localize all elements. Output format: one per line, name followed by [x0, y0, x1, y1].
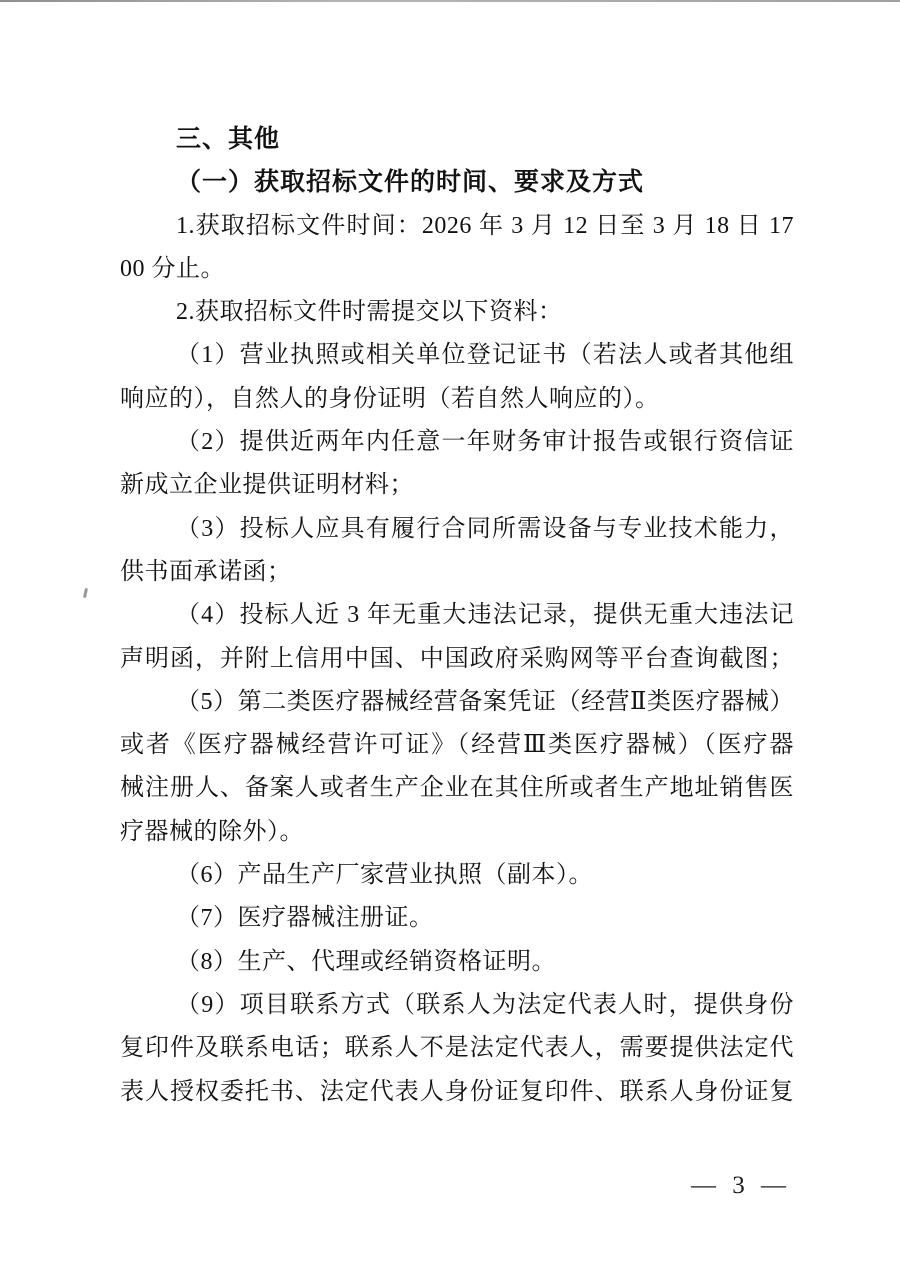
paragraph-line: 00 分止。 [120, 248, 794, 291]
paragraph-line: （4）投标人近 3 年无重大违法记录，提供无重大违法记录 [120, 594, 794, 637]
scan-speck-artifact [83, 588, 88, 598]
paragraph-line: 疗器械的除外）。 [120, 811, 794, 854]
paragraph-line: 响应的），自然人的身份证明（若自然人响应的）。 [120, 378, 794, 421]
paragraph-line: （6）产品生产厂家营业执照（副本）。 [120, 854, 794, 897]
document-body: 三、其他 （一）获取招标文件的时间、要求及方式 1.获取招标文件时间：2026 … [120, 118, 794, 1114]
scan-edge-artifact [0, 0, 900, 2]
paragraph-line: （8）生产、代理或经销资格证明。 [120, 941, 794, 984]
paragraph-line: 供书面承诺函； [120, 551, 794, 594]
paragraph-line: 或者《医疗器械经营许可证》（经营Ⅲ类医疗器械）（医疗器 [120, 724, 794, 767]
paragraph-line: 声明函，并附上信用中国、中国政府采购网等平台查询截图； [120, 638, 794, 681]
scanned-document-page: { "content": { "heading": "三、其他", "subhe… [0, 0, 900, 1266]
paragraph-line: （1）营业执照或相关单位登记证书（若法人或者其他组织 [120, 334, 794, 377]
paragraph-line: （7）医疗器械注册证。 [120, 897, 794, 940]
paragraph-line: 1.获取招标文件时间：2026 年 3 月 12 日至 3 月 18 日 17 … [120, 205, 794, 248]
paragraph-line: （2）提供近两年内任意一年财务审计报告或银行资信证明； [120, 421, 794, 464]
paragraph-line: 械注册人、备案人或者生产企业在其住所或者生产地址销售医 [120, 767, 794, 810]
section-heading: 三、其他 [120, 118, 794, 161]
paragraph-line: 复印件及联系电话；联系人不是法定代表人，需要提供法定代 [120, 1027, 794, 1070]
paragraph-line: （3）投标人应具有履行合同所需设备与专业技术能力，提 [120, 508, 794, 551]
paragraph-line: 新成立企业提供证明材料； [120, 464, 794, 507]
subsection-heading: （一）获取招标文件的时间、要求及方式 [120, 161, 794, 204]
page-number: — 3 — [691, 1172, 788, 1200]
paragraph-line: （5）第二类医疗器械经营备案凭证（经营Ⅱ类医疗器械） [120, 681, 794, 724]
paragraph-line: 表人授权委托书、法定代表人身份证复印件、联系人身份证复 [120, 1071, 794, 1114]
paragraph-line: （9）项目联系方式（联系人为法定代表人时，提供身份证 [120, 984, 794, 1027]
paragraph-line: 2.获取招标文件时需提交以下资料： [120, 291, 794, 334]
